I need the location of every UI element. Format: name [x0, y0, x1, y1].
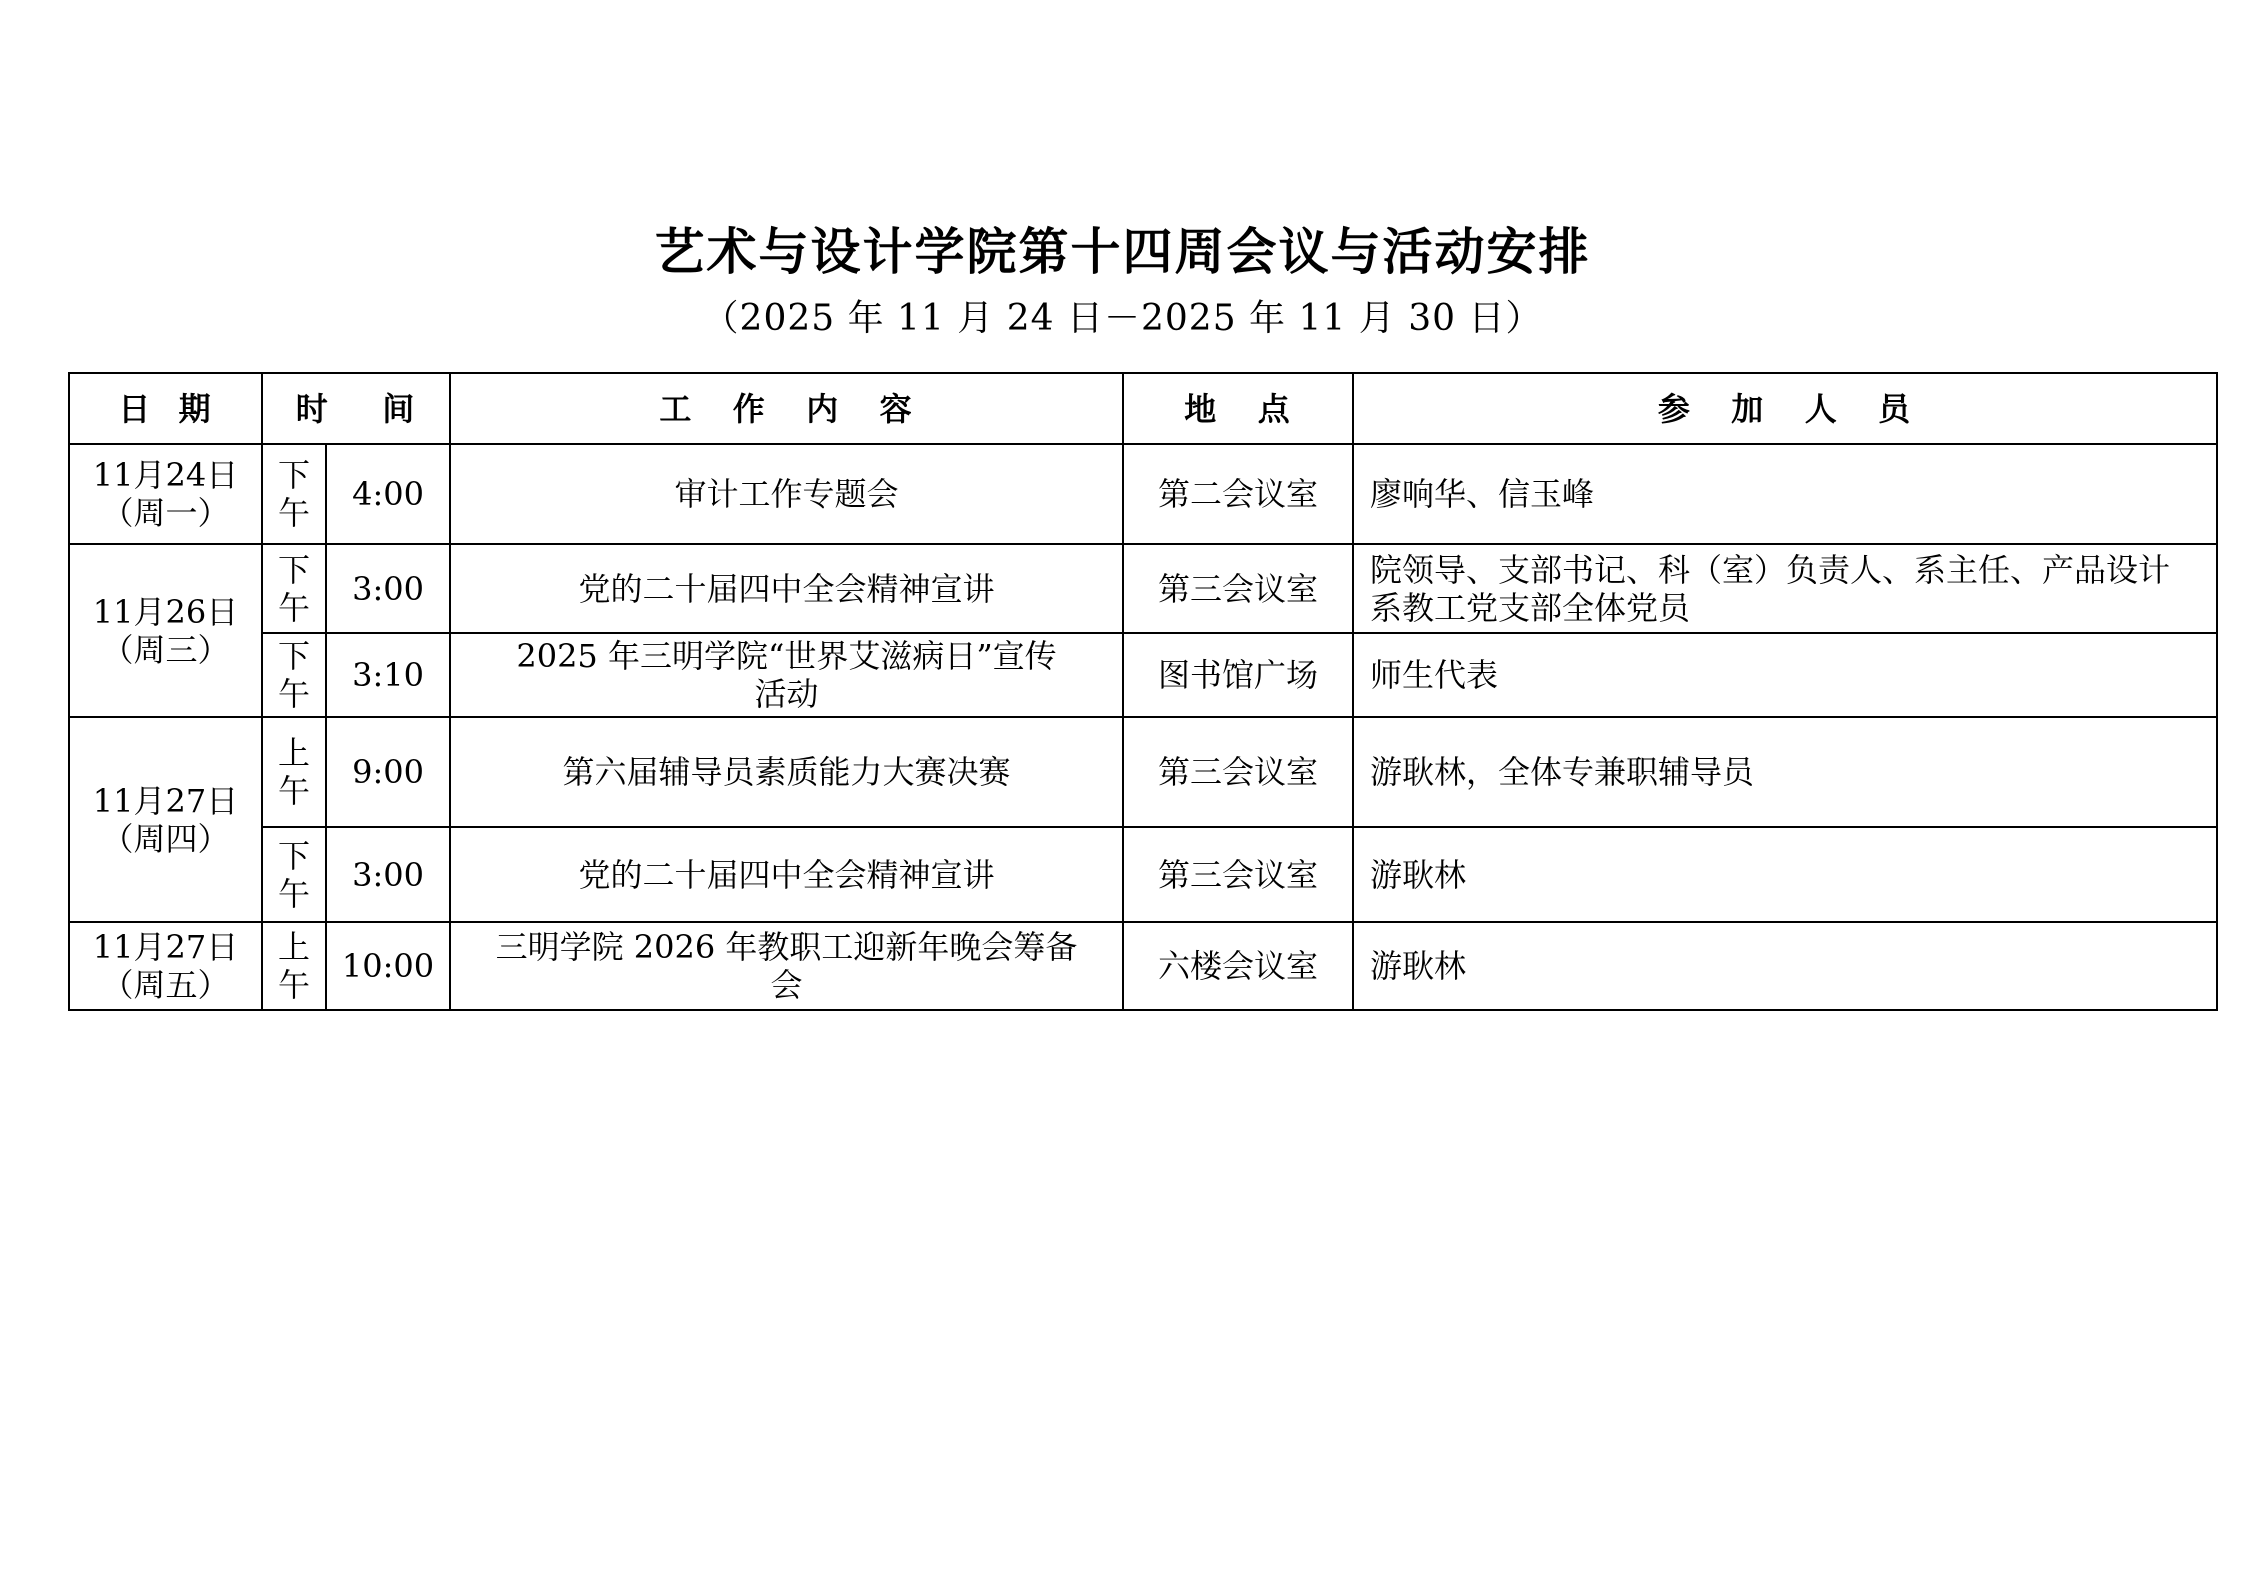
time-cell: 10:00	[326, 922, 450, 1010]
content-cell: 党的二十届四中全会精神宣讲	[450, 544, 1123, 633]
period-cell: 上午	[262, 922, 326, 1010]
period-text: 下午	[278, 456, 310, 532]
table-row: 下午 3:00 党的二十届四中全会精神宣讲 第三会议室 游耿林	[69, 827, 2217, 922]
weekday-text: （周四）	[70, 820, 261, 858]
date-text: 11月26日	[70, 593, 261, 631]
period-cell: 下午	[262, 444, 326, 544]
content-cell: 审计工作专题会	[450, 444, 1123, 544]
header-date: 日 期	[69, 373, 262, 444]
location-cell: 第二会议室	[1123, 444, 1353, 544]
content-cell: 党的二十届四中全会精神宣讲	[450, 827, 1123, 922]
date-cell: 11月27日 （周五）	[69, 922, 262, 1010]
table-row: 11月27日 （周四） 上午 9:00 第六届辅导员素质能力大赛决赛 第三会议室…	[69, 717, 2217, 827]
time-cell: 3:00	[326, 544, 450, 633]
weekday-text: （周一）	[70, 494, 261, 532]
period-cell: 下午	[262, 544, 326, 633]
content-cell: 第六届辅导员素质能力大赛决赛	[450, 717, 1123, 827]
table-row: 下午 3:10 2025 年三明学院“世界艾滋病日”宣传活动 图书馆广场 师生代…	[69, 633, 2217, 717]
time-cell: 3:00	[326, 827, 450, 922]
table-row: 11月27日 （周五） 上午 10:00 三明学院 2026 年教职工迎新年晚会…	[69, 922, 2217, 1010]
period-text: 下午	[278, 551, 310, 627]
content-cell: 三明学院 2026 年教职工迎新年晚会筹备会	[450, 922, 1123, 1010]
location-cell: 六楼会议室	[1123, 922, 1353, 1010]
location-cell: 第三会议室	[1123, 717, 1353, 827]
attendees-cell: 游耿林	[1353, 922, 2217, 1010]
period-cell: 上午	[262, 717, 326, 827]
table-row: 11月24日 （周一） 下午 4:00 审计工作专题会 第二会议室 廖响华、信玉…	[69, 444, 2217, 544]
period-text: 上午	[278, 928, 310, 1004]
period-text: 下午	[278, 637, 310, 713]
weekday-text: （周五）	[70, 966, 261, 1004]
period-cell: 下午	[262, 633, 326, 717]
period-text: 上午	[278, 734, 310, 810]
time-cell: 3:10	[326, 633, 450, 717]
attendees-cell: 游耿林	[1353, 827, 2217, 922]
location-cell: 图书馆广场	[1123, 633, 1353, 717]
attendees-cell: 院领导、支部书记、科（室）负责人、系主任、产品设计系教工党支部全体党员	[1353, 544, 2217, 633]
header-location: 地 点	[1123, 373, 1353, 444]
content-cell: 2025 年三明学院“世界艾滋病日”宣传活动	[450, 633, 1123, 717]
attendees-cell: 师生代表	[1353, 633, 2217, 717]
schedule-table: 日 期 时 间 工 作 内 容 地 点 参 加 人 员 11月24日 （周一） …	[68, 372, 2218, 1011]
header-time: 时 间	[262, 373, 450, 444]
time-cell: 4:00	[326, 444, 450, 544]
date-text: 11月24日	[70, 456, 261, 494]
time-cell: 9:00	[326, 717, 450, 827]
location-cell: 第三会议室	[1123, 544, 1353, 633]
attendees-cell: 廖响华、信玉峰	[1353, 444, 2217, 544]
location-cell: 第三会议室	[1123, 827, 1353, 922]
date-cell: 11月27日 （周四）	[69, 717, 262, 922]
table-row: 11月26日 （周三） 下午 3:00 党的二十届四中全会精神宣讲 第三会议室 …	[69, 544, 2217, 633]
date-range-subtitle: （2025 年 11 月 24 日－2025 年 11 月 30 日）	[0, 290, 2245, 341]
period-text: 下午	[278, 837, 310, 913]
date-text: 11月27日	[70, 782, 261, 820]
period-cell: 下午	[262, 827, 326, 922]
header-row: 日 期 时 间 工 作 内 容 地 点 参 加 人 员	[69, 373, 2217, 444]
header-content: 工 作 内 容	[450, 373, 1123, 444]
date-cell: 11月26日 （周三）	[69, 544, 262, 717]
page-title: 艺术与设计学院第十四周会议与活动安排	[0, 212, 2245, 284]
date-cell: 11月24日 （周一）	[69, 444, 262, 544]
header-attendees: 参 加 人 员	[1353, 373, 2217, 444]
date-text: 11月27日	[70, 928, 261, 966]
attendees-cell: 游耿林，全体专兼职辅导员	[1353, 717, 2217, 827]
weekday-text: （周三）	[70, 631, 261, 669]
